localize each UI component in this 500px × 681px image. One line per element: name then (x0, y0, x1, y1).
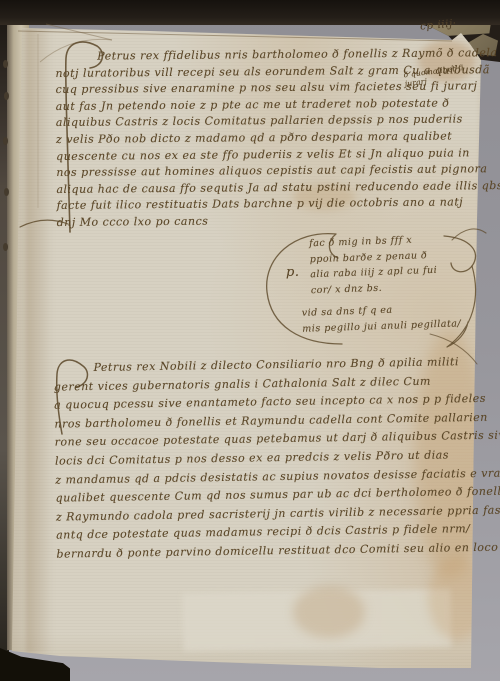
notary-annotation-block: fac ð mig in bs fff x ppoin barðe z pena… (309, 232, 438, 299)
sewing-stitch (3, 137, 8, 145)
water-stain (293, 586, 365, 638)
manuscript-photo: cp iiij· Petrus rex ffidelibus nris bart… (0, 0, 500, 681)
sewing-stitch (3, 60, 8, 68)
sewing-stitch (4, 188, 9, 196)
sewing-stitch (3, 243, 8, 251)
paragraph-mark: p. (286, 265, 299, 280)
sewing-stitch (4, 92, 9, 100)
notary-annotation-block-2: vid sa dns tf q ea mis pegillo jui anuli… (302, 300, 462, 337)
royal-letter-paragraph-2: Petrus rex Nobili z dilecto Consiliario … (53, 352, 500, 564)
gutter-shading (26, 28, 54, 653)
